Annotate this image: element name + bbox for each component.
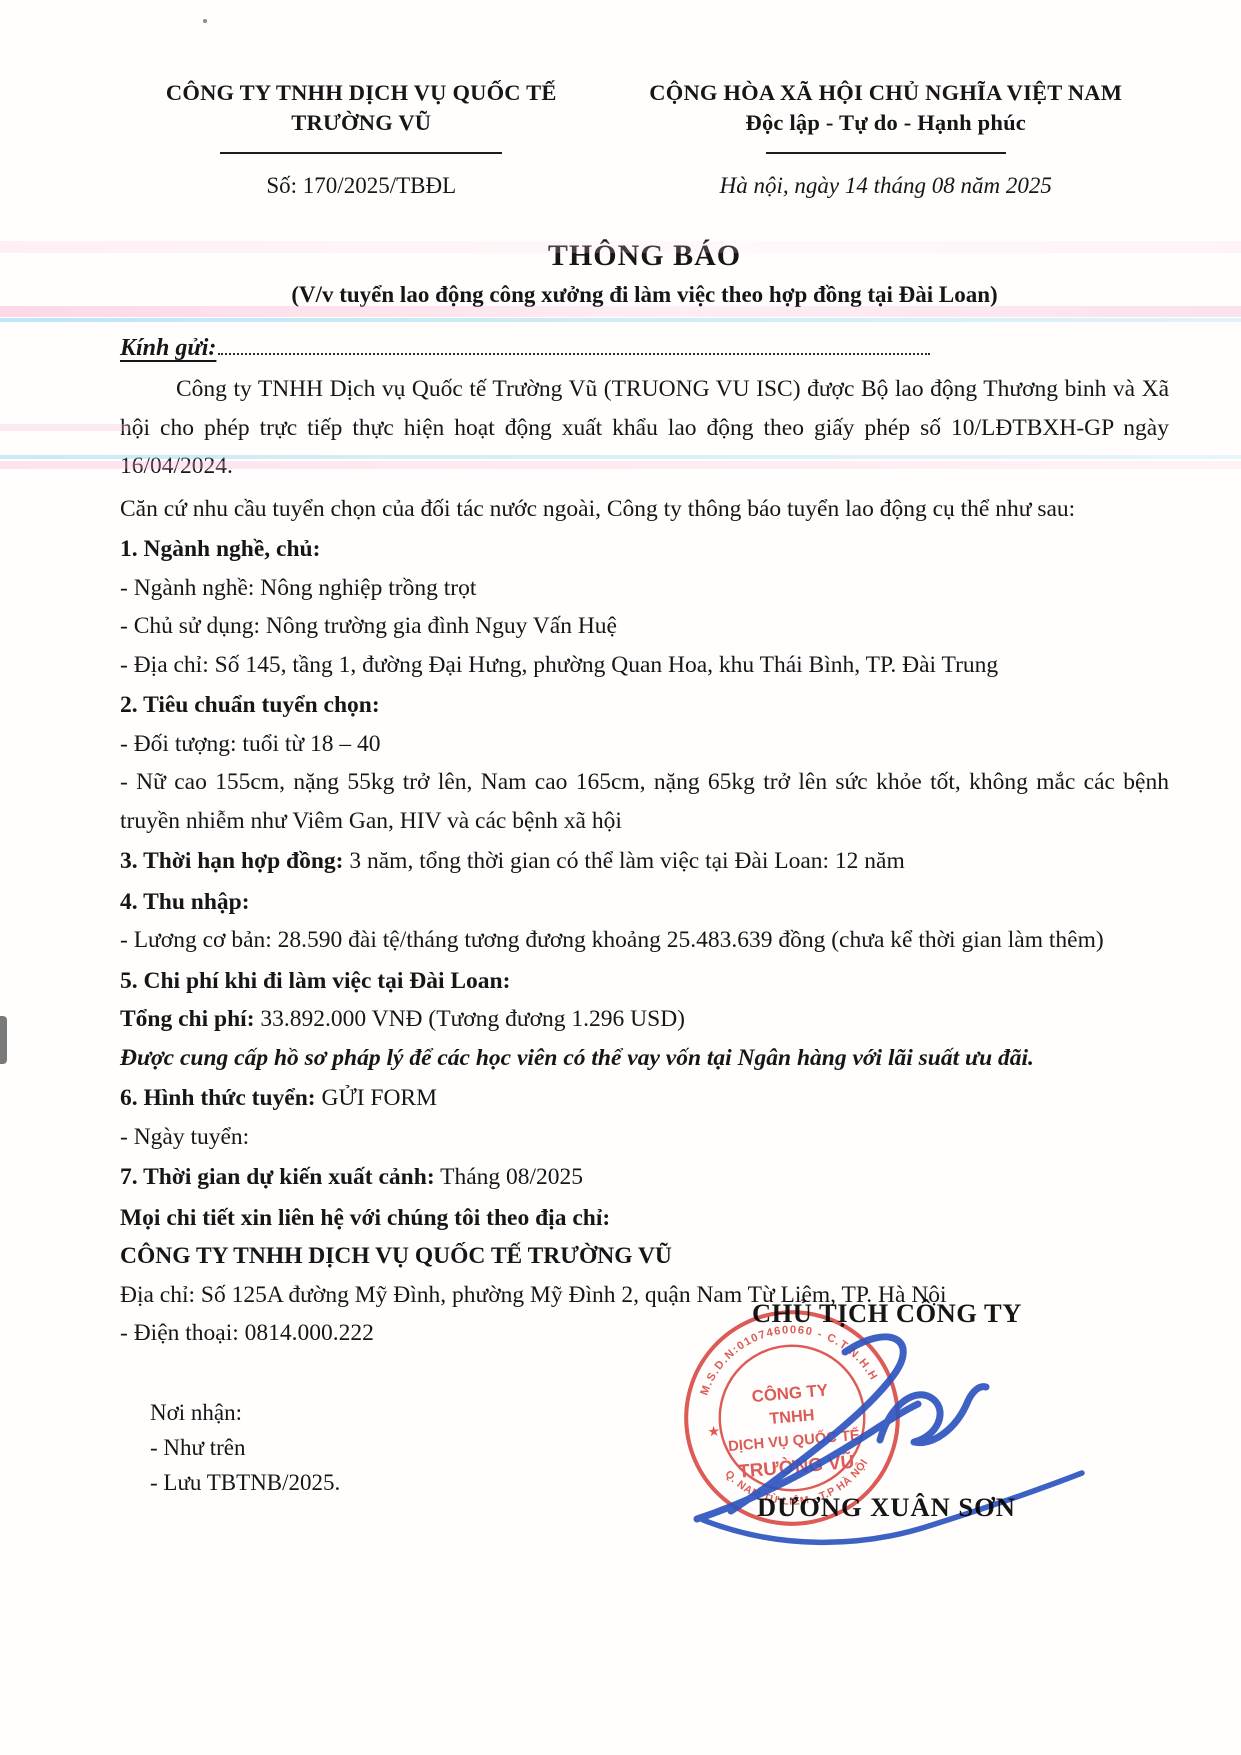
contact-heading: Mọi chi tiết xin liên hệ với chúng tôi t… — [120, 1199, 1169, 1238]
section2-item: - Đối tượng: tuổi từ 18 – 40 — [120, 725, 1169, 764]
section5-total-line: Tổng chi phí: 33.892.000 VNĐ (Tương đươn… — [120, 1000, 1169, 1039]
national-motto-block: CỘNG HÒA XÃ HỘI CHỦ NGHĨA VIỆT NAM Độc l… — [603, 78, 1169, 201]
section2-heading: 2. Tiêu chuẩn tuyển chọn: — [120, 686, 1169, 725]
header-rule-left — [220, 152, 502, 154]
scanned-document-page: CÔNG TY TNHH DỊCH VỤ QUỐC TẾ TRƯỜNG VŨ S… — [0, 0, 1241, 1755]
document-header: CÔNG TY TNHH DỊCH VỤ QUỐC TẾ TRƯỜNG VŨ S… — [120, 78, 1169, 201]
section6-item: - Ngày tuyển: — [120, 1118, 1169, 1157]
document-title: THÔNG BÁO — [120, 239, 1169, 273]
section6-line: 6. Hình thức tuyển: GỬI FORM — [120, 1079, 1169, 1118]
header-rule-right — [766, 152, 1006, 154]
greeting-dotted-line — [218, 327, 930, 355]
greeting-label: Kính gửi: — [120, 331, 216, 365]
section1-heading: 1. Ngành nghề, chủ: — [120, 530, 1169, 569]
section1-item: - Địa chỉ: Số 145, tầng 1, đường Đại Hưn… — [120, 646, 1169, 685]
document-number: Số: 170/2025/TBĐL — [120, 171, 603, 201]
scan-edge-mark — [0, 1016, 7, 1064]
intro-paragraph: Công ty TNHH Dịch vụ Quốc tế Trường Vũ (… — [120, 370, 1169, 486]
signer-title: CHỦ TỊCH CÔNG TY — [752, 1298, 1022, 1329]
section2-item: - Nữ cao 155cm, nặng 55kg trở lên, Nam c… — [120, 763, 1169, 840]
basis-paragraph: Căn cứ nhu cầu tuyển chọn của đối tác nư… — [120, 490, 1169, 529]
company-name-line2: TRƯỜNG VŨ — [120, 108, 603, 138]
scan-speck — [203, 19, 207, 23]
handwritten-signature — [640, 1320, 1100, 1565]
section1-item: - Chủ sử dụng: Nông trường gia đình Nguy… — [120, 607, 1169, 646]
document-subtitle: (V/v tuyển lao động công xưởng đi làm vi… — [120, 280, 1169, 310]
section7-line: 7. Thời gian dự kiến xuất cảnh: Tháng 08… — [120, 1158, 1169, 1197]
motto-line1: CỘNG HÒA XÃ HỘI CHỦ NGHĨA VIỆT NAM — [603, 78, 1169, 108]
date-line: Hà nội, ngày 14 tháng 08 năm 2025 — [603, 171, 1169, 201]
section1-item: - Ngành nghề: Nông nghiệp trồng trọt — [120, 569, 1169, 608]
issuing-company-block: CÔNG TY TNHH DỊCH VỤ QUỐC TẾ TRƯỜNG VŨ S… — [120, 78, 603, 201]
section3-line: 3. Thời hạn hợp đồng: 3 năm, tổng thời g… — [120, 842, 1169, 881]
motto-line2: Độc lập - Tự do - Hạnh phúc — [603, 108, 1169, 138]
greeting-row: Kính gửi: — [120, 327, 1169, 365]
contact-company: CÔNG TY TNHH DỊCH VỤ QUỐC TẾ TRƯỜNG VŨ — [120, 1237, 1169, 1276]
section5-heading: 5. Chi phí khi đi làm việc tại Đài Loan: — [120, 962, 1169, 1001]
signer-name: DƯƠNG XUÂN SƠN — [757, 1492, 1016, 1523]
company-name-line1: CÔNG TY TNHH DỊCH VỤ QUỐC TẾ — [120, 78, 603, 108]
section5-note: Được cung cấp hồ sơ pháp lý để các học v… — [120, 1039, 1169, 1078]
section4-item: - Lương cơ bản: 28.590 đài tệ/tháng tươn… — [120, 921, 1169, 960]
section4-heading: 4. Thu nhập: — [120, 883, 1169, 922]
